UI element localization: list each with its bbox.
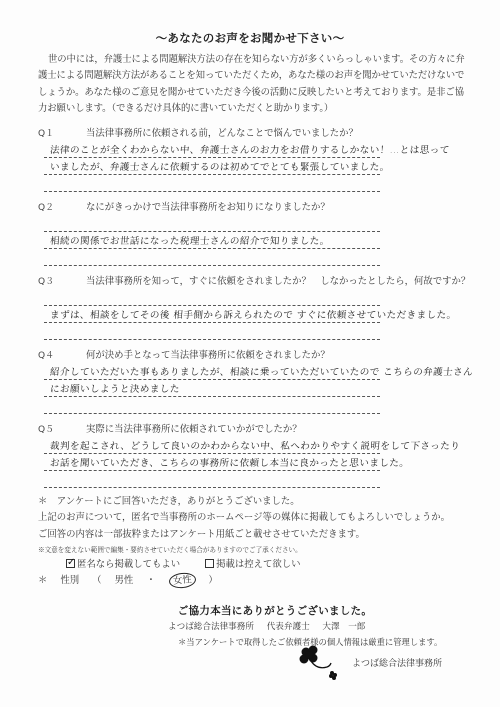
handwritten-answer: にお願いしようと決めました bbox=[50, 381, 181, 395]
answer-line bbox=[44, 175, 380, 192]
answer-line bbox=[44, 215, 380, 232]
question-text: 実際に当法律事務所に依頼されていかがでしたか？ bbox=[86, 424, 302, 435]
handwritten-answer: まずは、相談をしてその後 相手側から訴えられたので すぐに依頼させていただきまし… bbox=[50, 307, 458, 321]
publish-question: 上記のお声について，匿名で当事務所のホームページ等の媒体に掲載してもよろしいでし… bbox=[38, 510, 478, 526]
question-text: 何が決め手となって当法律事務所に依頼をされましたか？ bbox=[86, 350, 330, 361]
intro-paragraph: 世の中には，弁護士による問題解決方法の存在を知らない方が多くいらっしゃいます。そ… bbox=[38, 52, 468, 118]
question-5-header: Q５実際に当法律事務所に依頼されていかがでしたか？ bbox=[38, 423, 458, 437]
page-title: 〜あなたのお声をお聞かせ下さい〜 bbox=[0, 30, 500, 46]
answer-line: いましたが、弁護士さんに依頼するのは初めてでとても緊張していました。 bbox=[44, 158, 380, 175]
handwritten-answer: 紹介していただいた事もありましたが、相談に乗っていただいていたので こちらの弁護… bbox=[50, 364, 474, 378]
handwritten-answer: いましたが、弁護士さんに依頼するのは初めてでとても緊張していました。 bbox=[50, 159, 391, 173]
clover-logo-icon bbox=[297, 645, 342, 687]
gender-option-male[interactable]: 男性 bbox=[115, 575, 134, 586]
question-3: Q３当法律事務所を知って，すぐに依頼をされましたか？ しなかったとしたら，何故で… bbox=[38, 275, 458, 340]
question-4: Q４何が決め手となって当法律事務所に依頼をされましたか？ 紹介していただいた事も… bbox=[38, 349, 458, 414]
question-1-header: Q１当法律事務所に依頼される前，どんなことで悩んでいましたか？ bbox=[38, 127, 458, 141]
closing-section: ＊ アンケートにご回答いただき，ありがとうございました。 上記のお声について，匿… bbox=[38, 494, 478, 589]
gender-option-female-selected[interactable]: 女性 bbox=[168, 572, 196, 590]
rep-name: 大澤 一郎 bbox=[322, 622, 365, 632]
bullet: ＊ bbox=[38, 575, 47, 586]
signature: よつば総合法律事務所 代表弁護士 大澤 一郎 bbox=[168, 620, 375, 632]
closing-thanks: ＊ アンケートにご回答いただき，ありがとうございました。 bbox=[38, 494, 478, 510]
answer-line bbox=[44, 471, 380, 488]
question-2: Q２なにがきっかけで当法律事務所をお知りになりましたか？ 相続の関係でお世話にな… bbox=[38, 201, 458, 266]
handwritten-answer: お話を聞いていただき、こちらの事務所に依頼し本当に良かったと思いました。 bbox=[50, 455, 410, 469]
consent-option-anonymous[interactable]: ✓匿名なら掲載してもよい bbox=[66, 557, 180, 573]
question-number: Q３ bbox=[38, 275, 86, 289]
consent-option-label: 掲載は控えて欲しい bbox=[216, 559, 300, 570]
consent-option-label: 匿名なら掲載してもよい bbox=[77, 559, 180, 570]
answer-line bbox=[44, 289, 380, 306]
question-4-header: Q４何が決め手となって当法律事務所に依頼をされましたか？ bbox=[38, 349, 458, 363]
answer-line: にお願いしようと決めました bbox=[44, 380, 380, 397]
question-1: Q１当法律事務所に依頼される前，どんなことで悩んでいましたか？ 法律のことが全く… bbox=[38, 127, 458, 192]
questionnaire-page: 〜あなたのお声をお聞かせ下さい〜 世の中には，弁護士による問題解決方法の存在を知… bbox=[0, 0, 500, 707]
answer-line: お話を聞いていただき、こちらの事務所に依頼し本当に良かったと思いました。 bbox=[44, 454, 380, 471]
checkbox-unchecked[interactable] bbox=[205, 559, 214, 568]
answer-line: 相続の関係でお世話になった税理士さんの紹介で知りました。 bbox=[44, 232, 380, 249]
answer-line bbox=[44, 249, 380, 266]
handwritten-answer: 裁判を起こされ、どうして良いのかわからない中、私へわかりやすく説明をして下さった… bbox=[50, 438, 461, 452]
question-text: 当法律事務所に依頼される前，どんなことで悩んでいましたか？ bbox=[86, 128, 358, 139]
gender-label: 性別 bbox=[60, 575, 79, 586]
checkmark-icon: ✓ bbox=[67, 555, 75, 571]
consent-option-decline[interactable]: 掲載は控えて欲しい bbox=[205, 557, 300, 573]
answer-line: 裁判を起こされ、どうして良いのかわからない中、私へわかりやすく説明をして下さった… bbox=[44, 437, 380, 454]
answer-line: まずは、相談をしてその後 相手側から訴えられたので すぐに依頼させていただきまし… bbox=[44, 306, 380, 323]
answer-line bbox=[44, 397, 380, 414]
handwritten-answer: 相続の関係でお世話になった税理士さんの紹介で知りました。 bbox=[50, 233, 331, 247]
question-text: なにがきっかけで当法律事務所をお知りになりましたか？ bbox=[86, 202, 330, 213]
rep-title: 代表弁護士 bbox=[267, 622, 310, 632]
answer-line: 法律のことが全くわからない中、弁護士さんのお力をお借りするしかない！…とは思って bbox=[44, 141, 380, 158]
paren-open: （ bbox=[92, 575, 101, 586]
checkbox-checked[interactable]: ✓ bbox=[66, 559, 75, 568]
paren-close: ） bbox=[208, 575, 217, 586]
footer-thanks: ご協力本当にありがとうございました。 bbox=[0, 603, 500, 618]
question-number: Q１ bbox=[38, 127, 86, 141]
question-text: 当法律事務所を知って，すぐに依頼をされましたか？ しなかったとしたら，何故ですか… bbox=[86, 276, 470, 287]
handwritten-answer: 法律のことが全くわからない中、弁護士さんのお力をお借りするしかない！…とは思って bbox=[50, 142, 451, 156]
firm-name: よつば総合法律事務所 bbox=[168, 622, 254, 632]
separator: ・ bbox=[146, 575, 155, 586]
answer-line: 紹介していただいた事もありましたが、相談に乗っていただいていたので こちらの弁護… bbox=[44, 363, 380, 380]
edit-note: ※文意を変えない範囲で編集・要約させていただく場合がありますのでご了承ください。 bbox=[38, 543, 478, 557]
consent-options: ✓匿名なら掲載してもよい 掲載は控えて欲しい bbox=[38, 557, 478, 573]
question-number: Q５ bbox=[38, 423, 86, 437]
question-5: Q５実際に当法律事務所に依頼されていかがでしたか？ 裁判を起こされ、どうして良い… bbox=[38, 423, 458, 488]
question-number: Q４ bbox=[38, 349, 86, 363]
question-2-header: Q２なにがきっかけで当法律事務所をお知りになりましたか？ bbox=[38, 201, 458, 215]
publish-note: ご回答の内容は一部抜粋またはアンケート用紙ごと載せさせていただきます。 bbox=[38, 527, 478, 543]
question-number: Q２ bbox=[38, 201, 86, 215]
answer-line bbox=[44, 323, 380, 340]
gender-row: ＊ 性別 （ 男性 ・ 女性 ） bbox=[38, 573, 478, 589]
logo-firm-name: よつば総合法律事務所 bbox=[352, 656, 442, 669]
question-3-header: Q３当法律事務所を知って，すぐに依頼をされましたか？ しなかったとしたら，何故で… bbox=[38, 275, 458, 289]
